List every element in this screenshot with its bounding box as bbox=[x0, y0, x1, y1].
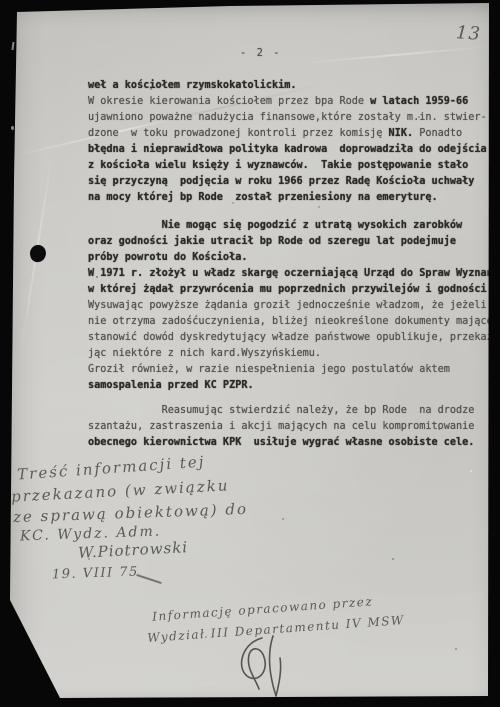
typed-line: z kościoła wielu księży i wyznawców. Tak… bbox=[88, 158, 500, 174]
typed-line: jąc niektóre z nich kard.Wyszyńskiemu. bbox=[88, 346, 500, 362]
typed-line: weł a kościołem rzymskokatolickim. bbox=[88, 78, 500, 94]
typed-line: błędna i nieprawidłowa polityka kadrowa … bbox=[88, 142, 500, 158]
typed-line: Reasumując stwierdzić należy, że bp Rode… bbox=[88, 403, 500, 419]
typed-line: dzone w toku prowadzonej kontroli przez … bbox=[88, 126, 500, 142]
scan-margin-mark bbox=[11, 126, 14, 130]
scanned-document: { "colors":{ "scan_background":"#070707"… bbox=[0, 0, 500, 707]
typed-line: W 1971 r. złożył u władz skargę oczernia… bbox=[88, 266, 500, 282]
typed-line: Groził również, w razie niespełnienia je… bbox=[88, 362, 500, 378]
typed-body: weł a kościołem rzymskokatolickim. W okr… bbox=[88, 78, 500, 451]
hole-punch bbox=[28, 244, 47, 264]
handwritten-note-line: ze sprawą obiektową) do bbox=[13, 500, 249, 526]
typed-line: szantażu, zastraszenia i akcji mających … bbox=[88, 419, 500, 435]
typed-line: oraz godności jakie utracił bp Rode od s… bbox=[88, 234, 500, 250]
document-paper: 13 - 2 - weł a kościołem rzymskokatolick… bbox=[0, 0, 500, 707]
page-number: - 2 - bbox=[240, 47, 282, 59]
typed-line: W okresie kierowania kościołem przez bpa… bbox=[88, 94, 500, 110]
typed-line: stanowić dowód dyskredytujący władze pań… bbox=[88, 330, 500, 346]
footer-signature-scribble bbox=[224, 634, 304, 702]
typed-line: Wysuwając powyższe żądania groził jednoc… bbox=[88, 298, 500, 314]
typed-line: Nie mogąc się pogodzić z utratą wysokich… bbox=[88, 218, 500, 234]
typed-line: w której żądał przywrócenia mu poprzedni… bbox=[88, 282, 500, 298]
handwritten-page-index: 13 bbox=[455, 22, 481, 45]
typed-line: próby powrotu do Kościoła. bbox=[88, 250, 500, 266]
typed-line: na mocy której bp Rode został przeniesio… bbox=[88, 190, 500, 206]
typed-line: się przyczyną podjęcia w roku 1966 przez… bbox=[88, 174, 500, 190]
typed-line-segment: Ponadto bbox=[413, 128, 462, 139]
typed-line: ujawniono poważne nadużycia finansowe,kt… bbox=[88, 110, 500, 126]
typed-line: obecnego kierownictwa KPK usiłuje wygrać… bbox=[88, 435, 500, 451]
handwritten-date: 19. VIII 75 bbox=[52, 564, 139, 582]
typed-line-segment: NIK. bbox=[389, 128, 414, 139]
typed-line-segment: dzone w toku prowadzonej kontroli przez … bbox=[88, 128, 389, 139]
typed-line: samospalenia przed KC PZPR. bbox=[88, 378, 500, 394]
typed-line-segment: W okresie kierowania kościołem przez bpa… bbox=[88, 96, 370, 107]
pen-flourish bbox=[136, 574, 161, 584]
scan-margin-mark bbox=[11, 42, 14, 50]
typed-line-segment: w latach 1959-66 bbox=[370, 96, 468, 107]
typed-line: nie otrzyma zadośćuczynienia, bliżej nie… bbox=[88, 314, 500, 330]
paper-crease bbox=[300, 46, 489, 64]
